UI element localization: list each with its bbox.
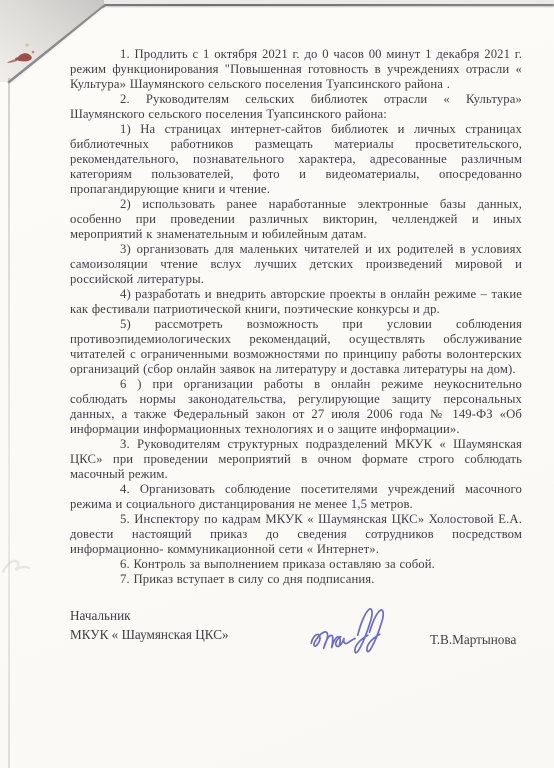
red-ink-stain (4, 42, 46, 68)
order-item-2-sub-6: 6 ) при организации работы в онлайн режи… (70, 377, 522, 437)
order-item-2-sub-4: 4) разработать и внедрить авторские прое… (70, 287, 522, 317)
order-item-3: 3. Руководителям структурных подразделен… (70, 437, 522, 482)
order-item-2-sub-3: 3) организовать для маленьких читателей … (70, 242, 522, 287)
signatory-position: Начальник МКУК « Шаумянская ЦКС» (70, 607, 229, 644)
order-item-2-sub-2: 2) использовать ранее наработанные элект… (70, 197, 522, 242)
order-item-7: 7. Приказ вступает в силу со дня подписа… (70, 572, 522, 587)
scanned-document-page: 1. Продлить с 1 октября 2021 г. до 0 час… (0, 0, 554, 768)
signatory-name: Т.В.Мартынова (430, 632, 516, 648)
order-item-2-sub-1: 1) На страницах интернет-сайтов библиоте… (70, 122, 522, 197)
scan-top-edge-line (101, 4, 554, 6)
order-item-1: 1. Продлить с 1 октября 2021 г. до 0 час… (70, 47, 522, 92)
order-item-2-sub-5: 5) рассмотреть возможность при условии с… (70, 317, 522, 377)
order-body-text: 1. Продлить с 1 октября 2021 г. до 0 час… (70, 47, 522, 587)
order-item-5: 5. Инспектору по кадрам МКУК « Шаумянска… (70, 512, 522, 557)
order-item-6: 6. Контроль за выполнением приказа остав… (70, 557, 522, 572)
order-item-2: 2. Руководителям сельских библиотек отра… (70, 92, 522, 122)
scan-left-edge-line (8, 78, 10, 768)
handwritten-signature (297, 590, 398, 664)
pencil-smudge (0, 554, 34, 580)
order-item-4: 4. Организовать соблюдение посетителями … (70, 482, 522, 512)
